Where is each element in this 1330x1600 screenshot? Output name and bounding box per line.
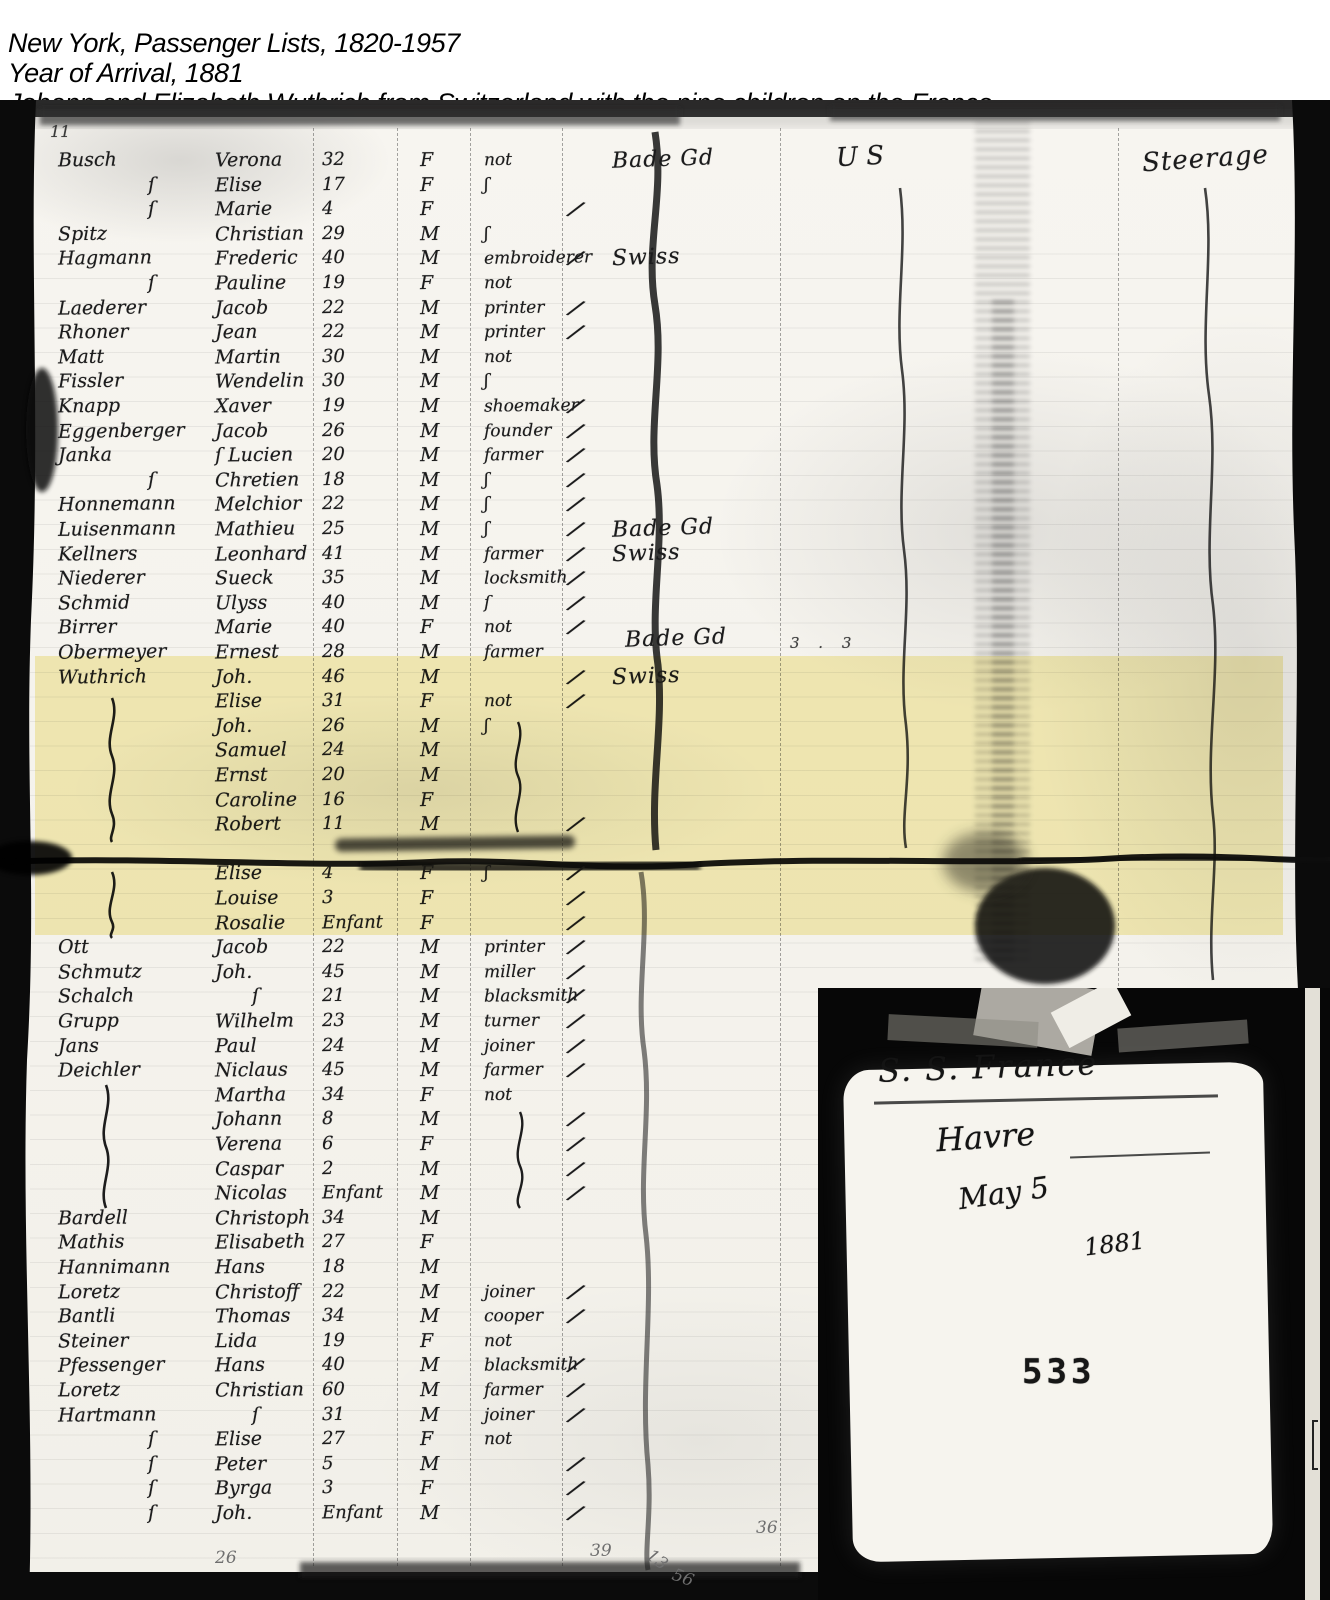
passenger-row: KnappXaver19Mshoemaker∕ [0, 394, 1330, 419]
occupation: turner [484, 1009, 539, 1034]
occupation: not [484, 148, 512, 172]
passenger-row: MattMartin30Mnot [0, 345, 1330, 370]
age: Enfant [322, 1501, 383, 1526]
occupation: ʃ [484, 517, 489, 541]
occupation: farmer [484, 541, 543, 566]
surname: Fissler [58, 369, 124, 394]
check-mark: ∕ [566, 1378, 586, 1401]
passenger-row: ſMarie4F∕ [0, 197, 1330, 222]
age: 24 [322, 1033, 345, 1057]
given-name: Paul [215, 1033, 257, 1058]
clamp-artifact [1117, 1019, 1248, 1052]
surname: Bardell [58, 1205, 128, 1230]
age: 19 [322, 271, 345, 295]
wuthrich-family-highlight [35, 656, 1283, 935]
check-mark: ∕ [566, 1501, 586, 1524]
given-name: Ulyss [215, 590, 268, 615]
age: 30 [322, 345, 345, 369]
age: 22 [322, 295, 345, 319]
sex: M [420, 1304, 440, 1328]
sex: F [420, 271, 434, 295]
pencil-note: 39 [590, 1541, 612, 1561]
surname: Knapp [58, 394, 120, 419]
age: 22 [322, 935, 345, 959]
sex: M [420, 1378, 440, 1402]
age: 8 [322, 1107, 334, 1131]
given-name: Hans [215, 1353, 265, 1378]
given-name: ſ [252, 984, 259, 1008]
given-name: Marie [215, 197, 273, 222]
check-mark: ∕ [566, 542, 586, 565]
inset-ship-name: S. S. France [877, 1044, 1098, 1090]
surname: Bantli [58, 1304, 116, 1329]
given-name: Pauline [215, 271, 286, 296]
occupation: founder [484, 418, 552, 443]
age: 22 [322, 320, 345, 344]
occupation: not [484, 615, 512, 639]
given-name: Wilhelm [215, 1008, 294, 1033]
surname: ſ [148, 468, 155, 492]
surname: Niederer [58, 566, 145, 591]
passenger-row: FisslerWendelin30Mʃ [0, 369, 1330, 394]
occupation: cooper [484, 1304, 543, 1329]
given-name: Jacob [215, 295, 269, 320]
given-name: Christoph [215, 1205, 310, 1230]
surname: Hartmann [58, 1402, 157, 1427]
surname: ſ [148, 271, 155, 295]
check-mark: ∕ [566, 1181, 586, 1204]
given-name: Wendelin [215, 369, 305, 394]
pencil-note: 26 [215, 1548, 237, 1568]
given-name: Elise [215, 1427, 262, 1452]
surname: ſ [148, 173, 155, 197]
age: 26 [322, 418, 345, 442]
given-name: Jacob [215, 418, 269, 443]
surname: Spitz [58, 221, 107, 246]
given-name: Christian [215, 1377, 304, 1402]
surname: Rhoner [58, 320, 129, 345]
surname: Ott [58, 935, 89, 959]
age: 20 [322, 443, 345, 467]
occupation: miller [484, 959, 535, 984]
given-name: Niclaus [215, 1058, 288, 1083]
given-name: Christoff [215, 1279, 300, 1304]
sex: F [420, 1329, 434, 1353]
surname: Pfessenger [58, 1353, 165, 1378]
age: 2 [322, 1157, 334, 1181]
age: 19 [322, 394, 345, 418]
check-mark: ∕ [566, 320, 586, 343]
sex: F [420, 1132, 434, 1156]
given-name: ſ [252, 1403, 259, 1427]
passenger-row: KellnersLeonhard41Mfarmer∕Swiss [0, 542, 1330, 567]
surname: Birrer [58, 615, 117, 640]
sex: M [420, 1058, 440, 1082]
surname: Laederer [58, 295, 146, 320]
surname: ſ [148, 1476, 155, 1500]
age: 45 [322, 960, 345, 984]
passenger-row: HagmannFrederic40Membroiderer∕Swiss [0, 246, 1330, 271]
age: 30 [322, 369, 345, 393]
surname: Schmutz [58, 959, 142, 984]
inset-stamp-number: 533 [1022, 1352, 1095, 1392]
surname: Mathis [58, 1230, 125, 1255]
age: 27 [322, 1230, 345, 1254]
given-name: Joh. [215, 960, 253, 985]
surname: Matt [58, 344, 104, 369]
sex: M [420, 295, 440, 319]
surname: Eggenberger [58, 418, 185, 444]
given-name: Johann [215, 1107, 282, 1132]
occupation: ʃ [484, 222, 489, 246]
caption-year: Year of Arrival, 1881 [8, 58, 243, 89]
given-name: Sueck [215, 566, 274, 591]
given-name: Frederic [215, 246, 298, 271]
sex: M [420, 935, 440, 959]
age: 35 [322, 566, 345, 590]
given-name: Martin [215, 344, 281, 369]
given-name: ſ Lucien [215, 443, 293, 468]
surname: Janka [58, 443, 112, 468]
country: Swiss [612, 540, 681, 566]
sex: M [420, 222, 440, 246]
given-name: Hans [215, 1255, 265, 1280]
age: 40 [322, 615, 345, 639]
sex: M [420, 418, 440, 442]
surname: Schmid [58, 590, 130, 615]
age: 40 [322, 591, 345, 615]
given-name: Byrga [215, 1476, 273, 1501]
adjacent-page-mark [1312, 1420, 1318, 1470]
passenger-row: ſElise17Fʃ [0, 173, 1330, 198]
check-mark: ∕ [566, 493, 586, 516]
age: 22 [322, 492, 345, 516]
occupation: joiner [484, 1279, 534, 1304]
age: 60 [322, 1378, 345, 1402]
sex: M [420, 984, 440, 1008]
occupation: locksmith [484, 566, 568, 591]
occupation: not [484, 1083, 512, 1107]
occupation: farmer [484, 1058, 543, 1083]
sex: M [420, 541, 440, 565]
surname: Kellners [58, 541, 138, 566]
sex: F [420, 1427, 434, 1451]
sex: M [420, 1009, 440, 1033]
sex: M [420, 1501, 440, 1525]
inset-paper [843, 1062, 1273, 1563]
sex: F [420, 1083, 434, 1107]
check-mark: ∕ [566, 1304, 586, 1327]
sex: M [420, 468, 440, 492]
pencil-note: 36 [756, 1518, 778, 1538]
occupation: printer [484, 320, 545, 345]
occupation: not [484, 345, 512, 369]
age: 3 [322, 1476, 334, 1500]
sex: M [420, 345, 440, 369]
passenger-row: ſChretien18Mʃ∕ [0, 468, 1330, 493]
passenger-row: LaedererJacob22Mprinter∕ [0, 296, 1330, 321]
caption-block: New York, Passenger Lists, 1820-1957 Yea… [0, 0, 1330, 100]
check-mark: ∕ [566, 1108, 586, 1131]
passenger-row: LuisenmannMathieu25Mʃ∕Bade Gd [0, 517, 1330, 542]
check-mark: ∕ [566, 419, 586, 442]
country: Bade Gd [612, 146, 715, 174]
occupation: shoemaker [484, 393, 579, 418]
occupation: joiner [484, 1033, 534, 1058]
age: 41 [322, 541, 345, 565]
country: Swiss [612, 245, 681, 271]
sex: M [420, 1279, 440, 1303]
check-mark: ∕ [566, 1477, 586, 1500]
passenger-row: RhonerJean22Mprinter∕ [0, 320, 1330, 345]
surname: Hagmann [58, 246, 152, 271]
surname: ſ [148, 1452, 155, 1476]
occupation: blacksmith [484, 1353, 579, 1378]
check-mark: ∕ [566, 1403, 586, 1426]
age: 18 [322, 1255, 345, 1279]
given-name: Nicolas [215, 1181, 287, 1206]
given-name: Elise [215, 172, 262, 197]
sex: M [420, 394, 440, 418]
given-name: Christian [215, 221, 304, 246]
occupation: blacksmith [484, 984, 579, 1009]
given-name: Xaver [215, 394, 271, 419]
sex: M [420, 1033, 440, 1057]
check-mark: ∕ [566, 1058, 586, 1081]
surname: Hannimann [58, 1254, 171, 1280]
sex: M [420, 369, 440, 393]
sex: F [420, 173, 434, 197]
inset-port: Havre [935, 1115, 1037, 1160]
given-name: Marie [215, 615, 273, 640]
sex: M [420, 1353, 440, 1377]
surname: ſ [148, 197, 155, 221]
given-name: Verona [215, 148, 283, 173]
age: 31 [322, 1402, 345, 1426]
sex: M [420, 1206, 440, 1230]
occupation: joiner [484, 1402, 534, 1427]
sex: M [420, 1181, 440, 1205]
manifest-scan: 11 U S Steerage Bade Gd 3 . 3 BuschVeron… [0, 100, 1330, 1600]
given-name: Peter [215, 1451, 266, 1476]
check-mark: ∕ [566, 443, 586, 466]
corner-mark: 11 [50, 122, 70, 141]
given-name: Verena [215, 1132, 282, 1157]
surname: ſ [148, 1501, 155, 1525]
check-mark: ∕ [566, 1280, 586, 1303]
check-mark: ∕ [566, 935, 586, 958]
sex: M [420, 591, 440, 615]
sex: M [420, 566, 440, 590]
occupation: not [484, 1427, 512, 1451]
age: 32 [322, 148, 345, 172]
surname: Loretz [58, 1378, 120, 1403]
check-mark: ∕ [566, 960, 586, 983]
country: Bade Gd [612, 515, 715, 543]
occupation: printer [484, 295, 545, 320]
surname: Loretz [58, 1279, 120, 1304]
age: 34 [322, 1304, 345, 1328]
age: 17 [322, 172, 345, 196]
sex: M [420, 492, 440, 516]
check-mark: ∕ [566, 566, 586, 589]
check-mark: ∕ [566, 517, 586, 540]
occupation: ʃ [484, 492, 489, 516]
check-mark: ∕ [566, 197, 586, 220]
check-mark: ∕ [566, 591, 586, 614]
given-name: Leonhard [215, 541, 308, 566]
occupation: printer [484, 935, 545, 960]
sex: M [420, 1452, 440, 1476]
check-mark: ∕ [566, 296, 586, 319]
surname: Busch [58, 148, 117, 173]
given-name: Elisabeth [215, 1230, 306, 1255]
check-mark: ∕ [566, 616, 586, 639]
age: 45 [322, 1058, 345, 1082]
occupation: ʃ [484, 468, 489, 492]
given-name: Lida [215, 1329, 258, 1354]
passenger-row: SpitzChristian29Mʃ [0, 222, 1330, 247]
sex: M [420, 1402, 440, 1426]
check-mark: ∕ [566, 1034, 586, 1057]
sex: M [420, 960, 440, 984]
ship-record-inset: S. S. France Havre May 5 1881 533 [818, 988, 1330, 1600]
age: 34 [322, 1083, 345, 1107]
sex: F [420, 1476, 434, 1500]
check-mark: ∕ [566, 1452, 586, 1475]
age: 5 [322, 1452, 334, 1476]
screenshot-root: New York, Passenger Lists, 1820-1957 Yea… [0, 0, 1330, 1600]
occupation: not [484, 1329, 512, 1353]
sex: F [420, 197, 434, 221]
given-name: Jean [215, 320, 258, 345]
passenger-row: BuschVerona32FnotBade Gd [0, 148, 1330, 173]
age: 40 [322, 1353, 345, 1377]
sex: M [420, 246, 440, 270]
age: 40 [322, 246, 345, 270]
surname: Deichler [58, 1058, 140, 1083]
age: 6 [322, 1132, 334, 1156]
given-name: Melchior [215, 492, 302, 517]
check-mark: ∕ [566, 468, 586, 491]
age: 21 [322, 984, 345, 1008]
passenger-row: ſPauline19Fnot [0, 271, 1330, 296]
surname: Schalch [58, 984, 135, 1009]
passenger-row: SchmidUlyss40Mſ∕ [0, 591, 1330, 616]
passenger-row: NiedererSueck35Mlocksmith∕ [0, 566, 1330, 591]
passenger-row: EggenbergerJacob26Mfounder∕ [0, 419, 1330, 444]
check-mark: ∕ [566, 1009, 586, 1032]
age: 19 [322, 1329, 345, 1353]
given-name: Mathieu [215, 516, 296, 541]
age: 25 [322, 517, 345, 541]
passenger-row: OttJacob22Mprinter∕ [0, 935, 1330, 960]
adjacent-page-edge [1305, 988, 1320, 1600]
given-name: Martha [215, 1082, 286, 1107]
surname: Luisenmann [58, 516, 176, 542]
check-mark: ∕ [566, 1157, 586, 1180]
occupation: ʃ [484, 369, 489, 393]
sex: F [420, 615, 434, 639]
sex: M [420, 1255, 440, 1279]
given-name: Caspar [215, 1156, 284, 1181]
occupation: ſ [484, 591, 491, 615]
occupation: not [484, 271, 512, 295]
sex: M [420, 1156, 440, 1180]
surname: Grupp [58, 1009, 119, 1034]
sex: M [420, 517, 440, 541]
occupation: ʃ [484, 173, 489, 197]
passenger-row: SchmutzJoh.45Mmiller∕ [0, 960, 1330, 985]
caption-title: New York, Passenger Lists, 1820-1957 [8, 28, 460, 59]
age: 23 [322, 1009, 345, 1033]
age: Enfant [322, 1181, 383, 1206]
sex: F [420, 148, 434, 172]
occupation: farmer [484, 443, 543, 468]
given-name: Thomas [215, 1304, 291, 1329]
occupation: farmer [484, 1378, 543, 1403]
age: 4 [322, 197, 334, 221]
sex: M [420, 443, 440, 467]
age: 34 [322, 1206, 345, 1230]
surname: Honnemann [58, 492, 176, 518]
surname: Jans [58, 1033, 99, 1058]
given-name: Jacob [215, 935, 269, 960]
given-name: Chretien [215, 467, 300, 492]
sex: M [420, 320, 440, 344]
sex: F [420, 1230, 434, 1254]
check-mark: ∕ [566, 1132, 586, 1155]
given-name: Joh. [215, 1501, 253, 1526]
sex: M [420, 1107, 440, 1131]
age: 22 [322, 1279, 345, 1303]
passenger-row: BirrerMarie40Fnot∕ [0, 615, 1330, 640]
surname: ſ [148, 1427, 155, 1451]
passenger-row: Jankaſ Lucien20Mfarmer∕ [0, 443, 1330, 468]
surname: Steiner [58, 1328, 129, 1353]
age: 29 [322, 222, 345, 246]
age: 18 [322, 468, 345, 492]
passenger-row: HonnemannMelchior22Mʃ∕ [0, 492, 1330, 517]
age: 27 [322, 1427, 345, 1451]
